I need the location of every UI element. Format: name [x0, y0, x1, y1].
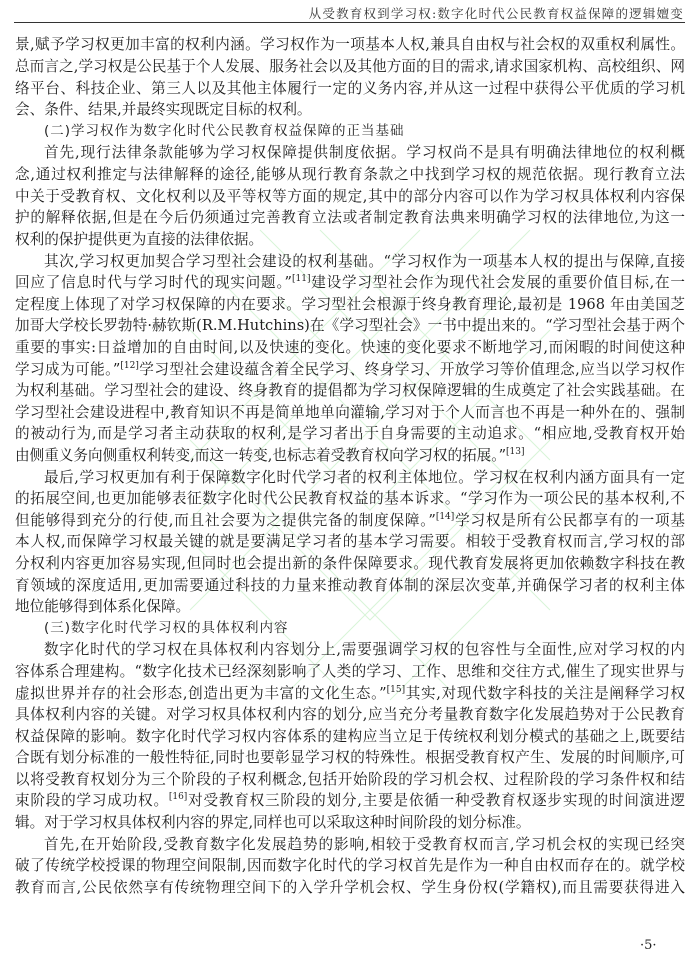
text-segment: 虚拟世界并存的社会形态,创造出更为丰富的文化生态。” [15, 685, 387, 702]
text-segment: 束阶段的学习成功权。 [15, 792, 169, 809]
text-segment: 学习型社会建设蕴含着全民学习、终身学习、开放学习等价值理念,应当以学习权作 [139, 361, 685, 378]
text-line: 护的解释依据,但是在今后仍须通过完善教育立法或者制定教育法典来明确学习权的法律地… [15, 207, 685, 228]
page-number: ·5· [640, 938, 657, 953]
text-line: 权利的保护提供更为直接的法律依据。 [15, 229, 685, 250]
text-line: 数字化时代的学习权在具体权利内容划分上,需要强调学习权的包容性与全面性,应对学习… [15, 639, 685, 660]
text-segment: 学习权是所有公民都享有的一项基 [454, 512, 685, 529]
citation-ref: [14] [436, 512, 454, 522]
text-line: 合既有划分标准的一般性特征,同时也要彰显学习权的特殊性。根据受教育权产生、发展的… [15, 747, 685, 768]
citation-ref: [11] [292, 274, 310, 284]
text-line: 会、条件、结果,并最终实现既定目标的权利。 [15, 99, 685, 120]
text-line: 总而言之,学习权是公民基于个人发展、服务社会以及其他方面的目的需求,请求国家机构… [15, 56, 685, 77]
text-line: 回应了信息时代与学习时代的现实问题。”[11]建设学习型社会作为现代社会发展的重… [15, 272, 685, 293]
text-line: 但能够得到充分的行使,而且社会要为之提供完备的制度保障。”[14]学习权是所有公… [15, 510, 685, 531]
text-segment: 回应了信息时代与学习时代的现实问题。” [15, 274, 292, 291]
section-heading: (二)学习权作为数字化时代公民教育权益保障的正当基础 [15, 121, 685, 142]
citation-ref: [16] [169, 792, 187, 802]
text-line: 以将受教育权划分为三个阶段的子权利概念,包括开始阶段的学习机会权、过程阶段的学习… [15, 769, 685, 790]
text-line: 分权利内容更加容易实现,但同时也会提出新的条件保障要求。现代教育发展将更加依赖数… [15, 553, 685, 574]
text-line: 念,通过权利推定与法律解释的途径,能够从现行教育条款之中找到学习权的规范依据。现… [15, 164, 685, 185]
text-line: 具体权利内容的关键。对学习权具体权利内容的划分,应当充分考量教育数字化发展趋势对… [15, 704, 685, 725]
citation-ref: [13] [506, 447, 524, 457]
text-line: 地位能够得到体系化保障。 [15, 596, 685, 617]
text-line: 定程度上体现了对学习权保障的内在要求。学习型社会根源于终身教育理论,最初是 19… [15, 294, 685, 315]
text-segment: 由侧重义务向侧重权利转变,而这一转变,也标志着受教育权向学习权的拓展。” [15, 447, 506, 464]
text-line: 中关于受教育权、文化权利以及平等权等方面的规定,其中的部分内容可以作为学习权具体… [15, 186, 685, 207]
text-segment: 建设学习型社会作为现代社会发展的重要价值目标,在一 [310, 274, 685, 291]
text-line: 的拓展空间,也更加能够表征数字化时代公民教育权益的基本诉求。“学习作为一项公民的… [15, 488, 685, 509]
citation-ref: [12] [120, 361, 138, 371]
header-rule [14, 22, 685, 23]
text-line: 容体系合理建构。“数字化技术已经深刻影响了人类的学习、工作、思维和交往方式,催生… [15, 661, 685, 682]
text-line: 最后,学习权更加有利于保障数字化时代学习者的权利主体地位。学习权在权利内涵方面具… [15, 467, 685, 488]
text-line: 辑。对于学习权具体权利内容的界定,同样也可以采取这种时间阶段的划分标准。 [15, 812, 685, 833]
text-line: 本人权,而保障学习权最关键的就是要满足学习者的基本学习需要。相较于受教育权而言,… [15, 531, 685, 552]
text-line: 加哥大学校长罗勃特·赫钦斯(R.M.Hutchins)在《学习型社会》一书中提出… [15, 315, 685, 336]
text-line: 破了传统学校授课的物理空间限制,因而数字化时代的学习权首先是作为一种自由权而存在… [15, 855, 685, 876]
text-segment: 学习成为可能。” [15, 361, 120, 378]
text-line: 学习成为可能。”[12]学习型社会建设蕴含着全民学习、终身学习、开放学习等价值理… [15, 359, 685, 380]
text-segment: 但能够得到充分的行使,而且社会要为之提供完备的制度保障。” [15, 512, 436, 529]
text-line: 虚拟世界并存的社会形态,创造出更为丰富的文化生态。”[15]其实,对现代数字科技… [15, 683, 685, 704]
text-line: 束阶段的学习成功权。[16]对受教育权三阶段的划分,主要是依循一种受教育权逐步实… [15, 790, 685, 811]
text-line: 教育而言,公民依然享有传统物理空间下的入学升学机会权、学生身份权(学籍权),而且… [15, 877, 685, 898]
text-line: 的被动行为,而是学习者主动获取的权利,是学习者出于自身需要的主动追求。“相应地,… [15, 423, 685, 444]
text-line: 权益保障的影响。数字化时代学习权内容体系的建构应当立足于传统权利划分模式的基础之… [15, 726, 685, 747]
text-line: 景,赋予学习权更加丰富的权利内涵。学习权作为一项基本人权,兼具自由权与社会权的双… [15, 34, 685, 55]
section-heading: (三)数字化时代学习权的具体权利内容 [15, 618, 685, 639]
text-line: 首先,现行法律条款能够为学习权保障提供制度依据。学习权尚不是具有明确法律地位的权… [15, 142, 685, 163]
text-line: 为权利基础。学习型社会的建设、终身教育的提倡都为学习权保障逻辑的生成奠定了社会实… [15, 380, 685, 401]
text-line: 学习型社会建设进程中,教育知识不再是简单地单向灌输,学习对于个人而言也不再是一种… [15, 402, 685, 423]
text-line: 重要的事实:日益增加的自由时间,以及快速的变化。快速的变化要求不断地学习,而闲暇… [15, 337, 685, 358]
text-line: 络平台、科技企业、第三人以及其他主体履行一定的义务内容,并从这一过程中获得公平优… [15, 78, 685, 99]
text-line: 首先,在开始阶段,受教育数字化发展趋势的影响,相较于受教育权而言,学习机会权的实… [15, 834, 685, 855]
text-line: 由侧重义务向侧重权利转变,而这一转变,也标志着受教育权向学习权的拓展。”[13] [15, 445, 685, 466]
text-segment: 其实,对现代数字科技的关注是阐释学习权 [405, 685, 685, 702]
text-line: 育领域的深度适用,更加需要通过科技的力量来推动教育体制的深层次变革,并确保学习者… [15, 575, 685, 596]
citation-ref: [15] [387, 685, 405, 695]
text-segment: 对受教育权三阶段的划分,主要是依循一种受教育权逐步实现的时间演进逻 [187, 792, 685, 809]
text-line: 其次,学习权更加契合学习型社会建设的权利基础。“学习权作为一项基本人权的提出与保… [15, 251, 685, 272]
running-header-title: 从受教育权到学习权:数字化时代公民教育权益保障的逻辑嬗变 [309, 4, 684, 22]
